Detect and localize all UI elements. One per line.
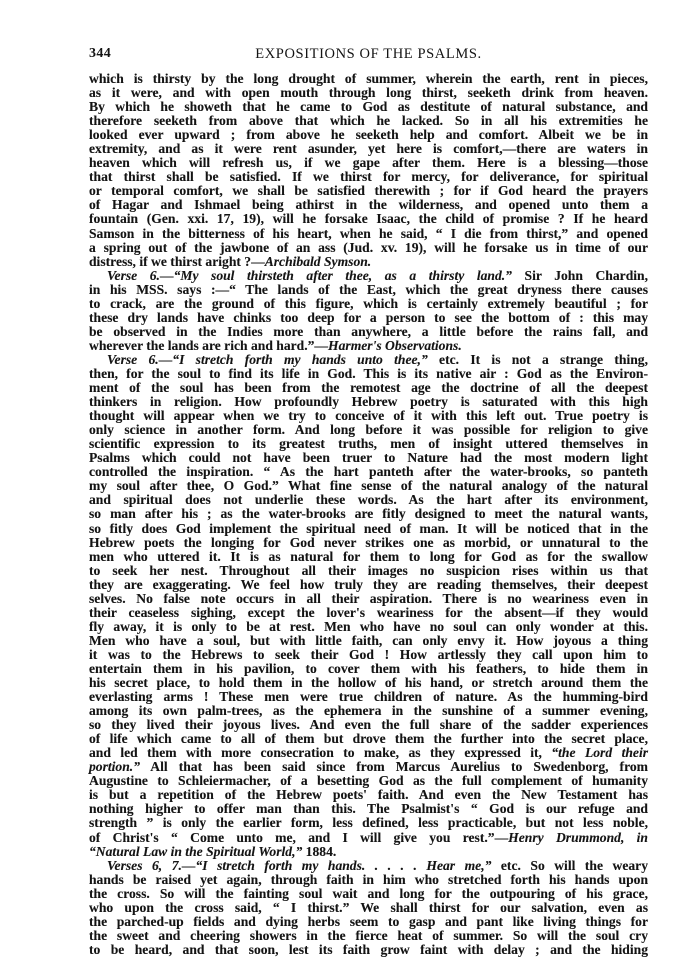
text-line: be observed in the Indies more than anyw… bbox=[89, 325, 648, 339]
text-line: the sweet and cheering showers in the fi… bbox=[89, 929, 648, 943]
text-line: nothing higher to offer man than this. T… bbox=[89, 802, 648, 816]
text-line: fly away, it is only to be at rest. Men … bbox=[89, 620, 648, 634]
text-line: fountain (Gen. xxi. 17, 19), will he for… bbox=[89, 212, 648, 226]
text-line: these dry lands have chinks too deep for… bbox=[89, 311, 648, 325]
text-line: thought will appear when we try to conce… bbox=[89, 409, 648, 423]
text-line: their ceaseless sighing, except the love… bbox=[89, 606, 648, 620]
text-line: which is thirsty by the long drought of … bbox=[89, 72, 648, 86]
text-line: that thirst shall be satisfied. If we th… bbox=[89, 170, 648, 184]
text-line: it was to the Hebrews to seek their God … bbox=[89, 648, 648, 662]
text-line: who upon the cross said, “ I thirst.” We… bbox=[89, 901, 648, 915]
text-line: heaven which will refresh us, if we gape… bbox=[89, 156, 648, 170]
text-line: of life which came to all of them but dr… bbox=[89, 732, 648, 746]
text-run: etc. It is not a strange thing, bbox=[428, 352, 648, 367]
attribution: Archibald Symson. bbox=[265, 254, 372, 269]
text-line: of Christ's “ Come unto me, and I will g… bbox=[89, 831, 648, 845]
text-line: thinkers in religion. How profoundly Heb… bbox=[89, 395, 648, 409]
text-line: ment of the soul has been from the remot… bbox=[89, 381, 648, 395]
verse-quote: “My soul thirsteth after thee, as a thir… bbox=[174, 268, 512, 283]
text-line: my soul after thee, O God.” What fine se… bbox=[89, 479, 648, 493]
text-line: and spiritual does not underlie these wo… bbox=[89, 493, 648, 507]
page-body: which is thirsty by the long drought of … bbox=[89, 72, 648, 957]
verse-label: Verses 6, 7.— bbox=[107, 858, 195, 873]
text-run: wherever the lands are rich and hard.”— bbox=[89, 338, 328, 353]
text-run: of Christ's “ Come unto me, and I will g… bbox=[89, 830, 508, 845]
attribution: Henry Drummond, in bbox=[508, 830, 648, 845]
text-line: in his MSS. says :—“ The lands of the Ea… bbox=[89, 283, 648, 297]
text-line: looked ever upward ; from above he seeke… bbox=[89, 128, 648, 142]
text-line: Verse 6.—“My soul thirsteth after thee, … bbox=[89, 269, 648, 283]
text-line: they are exaggerating. We feel how truly… bbox=[89, 578, 648, 592]
text-line: among its own palm-trees, as the ephemer… bbox=[89, 704, 648, 718]
text-line: so fitly does God implement the spiritua… bbox=[89, 522, 648, 536]
text-line: men who uttered it. It is as natural for… bbox=[89, 550, 648, 564]
verse-quote: “I stretch forth my hands unto thee,” bbox=[172, 352, 427, 367]
text-run: 1884. bbox=[302, 844, 336, 859]
text-line: is but a repetition of the Hebrew poets'… bbox=[89, 788, 648, 802]
text-line: Psalms which could not have been truer t… bbox=[89, 451, 648, 465]
text-line: controlled the inspiration. “ As the har… bbox=[89, 465, 648, 479]
text-line: wherever the lands are rich and hard.”—H… bbox=[89, 339, 648, 353]
book-page: 344 EXPOSITIONS OF THE PSALMS. which is … bbox=[89, 44, 648, 957]
text-line: or temporal comfort, we shall be satisfi… bbox=[89, 184, 648, 198]
text-line: the parched-up fields and dying herbs se… bbox=[89, 915, 648, 929]
attribution-work: “Natural Law in the Spiritual World,” bbox=[89, 844, 302, 859]
paragraph-verses-6-7: Verses 6, 7.—“I stretch forth my hands. … bbox=[89, 859, 648, 957]
text-run: etc. So will the weary bbox=[491, 858, 648, 873]
text-line: so man after his ; as the water-brooks a… bbox=[89, 507, 648, 521]
paragraph-verse-6-chardin: Verse 6.—“My soul thirsteth after thee, … bbox=[89, 269, 648, 353]
attribution: Harmer's Observations. bbox=[328, 338, 462, 353]
text-line: only science in another form. And long b… bbox=[89, 423, 648, 437]
text-line: extremity, and as it were rent asunder, … bbox=[89, 142, 648, 156]
text-line: Verses 6, 7.—“I stretch forth my hands. … bbox=[89, 859, 648, 873]
text-line: portion.” All that has been said since f… bbox=[89, 760, 648, 774]
verse-quote: “I stretch forth my hands. . . . . Hear … bbox=[195, 858, 491, 873]
text-line: so they lived their joyous lives. And ev… bbox=[89, 718, 648, 732]
text-line: Augustine to Schleiermacher, of a besett… bbox=[89, 774, 648, 788]
text-line: to crack, are the ground of this figure,… bbox=[89, 297, 648, 311]
text-line: Samson in the bitterness of his heart, w… bbox=[89, 227, 648, 241]
text-line: selves. No false note occurs in all thei… bbox=[89, 592, 648, 606]
text-line: distress, if we thirst aright ?—Archibal… bbox=[89, 255, 648, 269]
paragraph-symson: which is thirsty by the long drought of … bbox=[89, 72, 648, 269]
italic-quote: portion.” bbox=[89, 759, 140, 774]
text-line: and led them with more consecration to m… bbox=[89, 746, 648, 760]
text-line: Verse 6.—“I stretch forth my hands unto … bbox=[89, 353, 648, 367]
text-line: to be heard, and that soon, lest its fai… bbox=[89, 943, 648, 957]
text-run: distress, if we thirst aright ?— bbox=[89, 254, 265, 269]
text-line: therefore seeketh from above that which … bbox=[89, 114, 648, 128]
running-title: EXPOSITIONS OF THE PSALMS. bbox=[89, 46, 648, 63]
text-line: then, for the soul to find its life in G… bbox=[89, 367, 648, 381]
text-run: and led them with more consecration to m… bbox=[89, 745, 551, 760]
text-line: entertain them in his pavilion, to cover… bbox=[89, 662, 648, 676]
verse-label: Verse 6.— bbox=[107, 352, 172, 367]
text-run: Sir John Chardin, bbox=[512, 268, 648, 283]
page-header: 344 EXPOSITIONS OF THE PSALMS. bbox=[89, 44, 648, 64]
text-line: Men who have a soul, but with little fai… bbox=[89, 634, 648, 648]
verse-label: Verse 6.— bbox=[107, 268, 174, 283]
text-line: Hebrew poets the longing for God never s… bbox=[89, 536, 648, 550]
text-run: All that has been said since from Marcus… bbox=[140, 759, 648, 774]
text-line: the cross. So will the fainting soul wai… bbox=[89, 887, 648, 901]
text-line: By which he showeth that he came to God … bbox=[89, 100, 648, 114]
text-line: “Natural Law in the Spiritual World,” 18… bbox=[89, 845, 648, 859]
text-line: hands be raised yet again, through faith… bbox=[89, 873, 648, 887]
text-line: his secret place, to hold them in the ho… bbox=[89, 676, 648, 690]
text-line: as it were, and with open mouth through … bbox=[89, 86, 648, 100]
paragraph-verse-6-drummond: Verse 6.—“I stretch forth my hands unto … bbox=[89, 353, 648, 859]
text-line: everlasting arms ! These men were true c… bbox=[89, 690, 648, 704]
text-line: a spring out of the jawbone of an ass (J… bbox=[89, 241, 648, 255]
italic-quote: “the Lord their bbox=[551, 745, 648, 760]
text-line: of Hagar and Ishmael being athirst in th… bbox=[89, 198, 648, 212]
text-line: scientific expression to its greatest tr… bbox=[89, 437, 648, 451]
text-line: strength ” is only the earlier form, les… bbox=[89, 816, 648, 830]
text-line: to seek her nest. Throughout all their i… bbox=[89, 564, 648, 578]
